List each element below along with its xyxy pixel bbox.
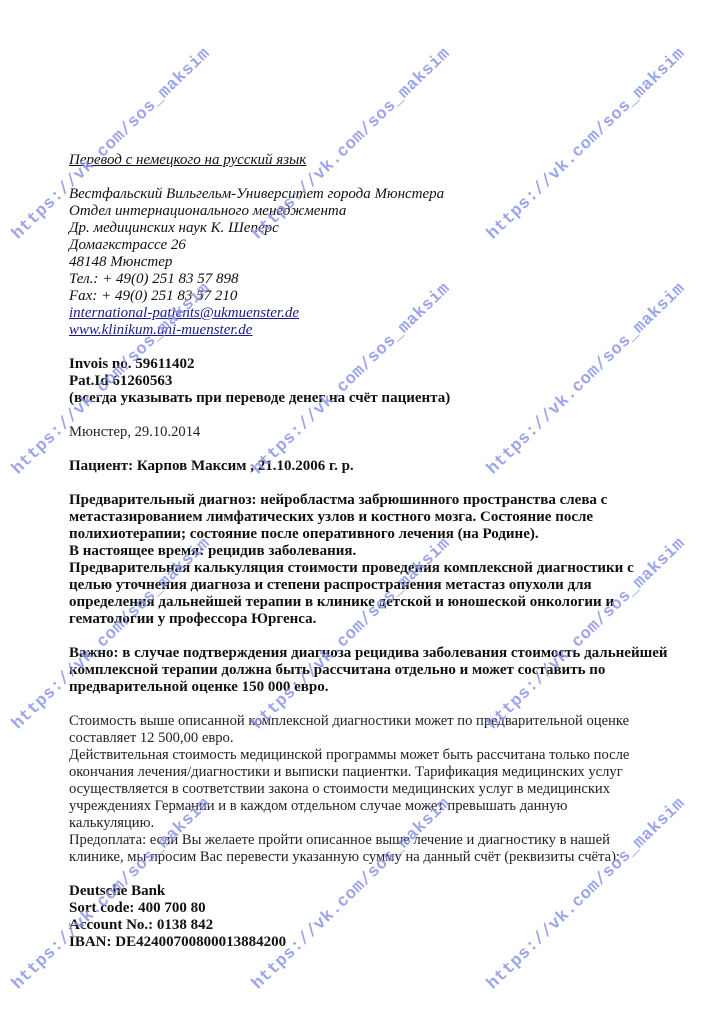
address-line: Отдел интернационального менеджмента [69,203,699,220]
important-line: Важно: в случае подтверждения диагноза р… [69,645,699,662]
bank-name: Deutsche Bank [69,883,699,900]
phone-line: Тел.: + 49(0) 251 83 57 898 [69,271,699,288]
cost-section: Стоимость выше описанной комплексной диа… [69,713,699,866]
address-line: Домагкстрассе 26 [69,237,699,254]
address-line: 48148 Мюнстер [69,254,699,271]
sort-code: Sort code: 400 700 80 [69,900,699,917]
diagnosis-line: целью уточнения диагноза и степени распр… [69,577,699,594]
important-line: комплексной терапии должна быть рассчита… [69,662,699,679]
document-body: Перевод с немецкого на русский язык Вест… [69,152,699,951]
document-page: Перевод с немецкого на русский язык Вест… [0,0,723,1024]
patient-line: Пациент: Карпов Максим , 21.10.2006 г. р… [69,458,699,475]
invoice-number: Invois no. 59611402 [69,356,699,373]
cost-line: осуществляется в соответствии закона о с… [69,781,699,798]
clinic-address: Вестфальский Вильгельм-Университет город… [69,186,699,339]
invoice-note: (всегда указывать при переводе денег на … [69,390,699,407]
fax-line: Fax: + 49(0) 251 83 57 210 [69,288,699,305]
diagnosis-line: гематологии у профессора Юргенса. [69,611,699,628]
iban: IBAN: DE42400700800013884200 [69,934,699,951]
invoice-block: Invois no. 59611402 Pat.Id 61260563 (все… [69,356,699,407]
cost-line: клинике, мы просим Вас перевести указанн… [69,849,699,866]
cost-line: учреждениях Германии и в каждом отдельно… [69,798,699,815]
website-link[interactable]: www.klinikum.uni-muenster.de [69,322,699,339]
diagnosis-line: полихиотерапии; состояние после оператив… [69,526,699,543]
bank-details: Deutsche Bank Sort code: 400 700 80 Acco… [69,883,699,951]
cost-line: окончания лечения/диагностики и выписки … [69,764,699,781]
important-line: предварительной оценке 150 000 евро. [69,679,699,696]
diagnosis-line: определения дальнейшей терапии в клинике… [69,594,699,611]
diagnosis-line: метастазированием лимфатических узлов и … [69,509,699,526]
account-number: Account No.: 0138 842 [69,917,699,934]
place-date: Мюнстер, 29.10.2014 [69,424,699,441]
email-link[interactable]: international-patients@ukmuenster.de [69,305,699,322]
diagnosis-line: В настоящее время: рецидив заболевания. [69,543,699,560]
cost-line: Действительная стоимость медицинской про… [69,747,699,764]
diagnosis-line: Предварительная калькуляция стоимости пр… [69,560,699,577]
patient-id: Pat.Id 61260563 [69,373,699,390]
important-section: Важно: в случае подтверждения диагноза р… [69,645,699,696]
cost-line: составляет 12 500,00 евро. [69,730,699,747]
address-line: Др. медицинских наук К. Шеперс [69,220,699,237]
cost-line: калькуляцию. [69,815,699,832]
diagnosis-section: Предварительный диагноз: нейробластма за… [69,492,699,628]
cost-line: Стоимость выше описанной комплексной диа… [69,713,699,730]
cost-line: Предоплата: если Вы желаете пройти описа… [69,832,699,849]
address-line: Вестфальский Вильгельм-Университет город… [69,186,699,203]
translation-note: Перевод с немецкого на русский язык [69,152,699,169]
diagnosis-line: Предварительный диагноз: нейробластма за… [69,492,699,509]
